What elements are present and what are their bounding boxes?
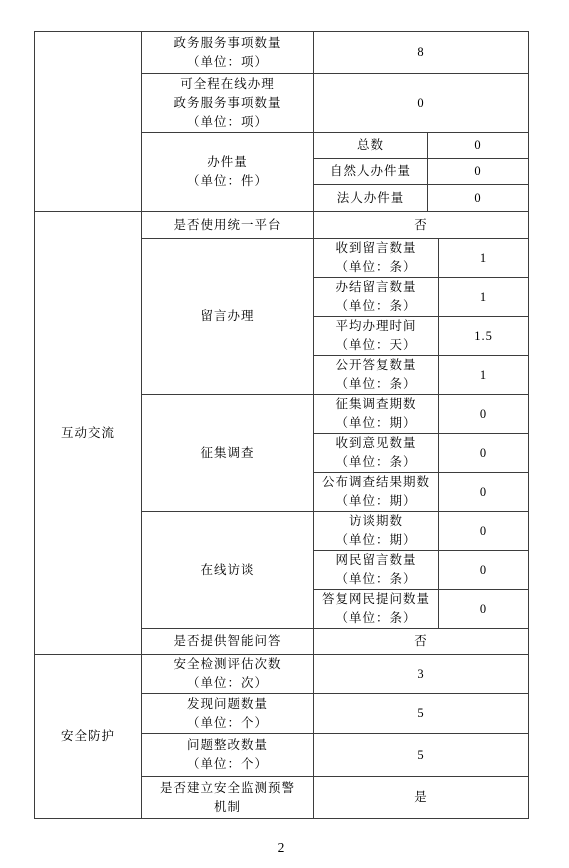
value-cell: 1 (439, 239, 529, 278)
sub-indicator-label-line: 收到留言数量 (314, 239, 438, 258)
category-cell (35, 32, 142, 212)
sub-indicator-label-line: （单位：条） (314, 258, 438, 277)
sub-indicator-label-line: （单位：期） (314, 531, 438, 550)
indicator-label-line: 征集调查 (142, 444, 313, 463)
value-cell: 1 (439, 278, 529, 317)
category-cell: 互动交流 (35, 212, 142, 655)
indicator-cell: 留言办理 (142, 239, 314, 395)
category-cell: 安全防护 (35, 655, 142, 819)
indicator-label-line: （单位：个） (142, 714, 313, 733)
value-cell: 0 (428, 185, 529, 212)
sub-indicator-label-line: 答复网民提问数量 (314, 590, 438, 609)
sub-indicator-cell: 公开答复数量 （单位：条） (314, 356, 439, 395)
value-cell: 1 (439, 356, 529, 395)
sub-indicator-cell: 公布调查结果期数 （单位：期） (314, 473, 439, 512)
sub-indicator-label-line: 公开答复数量 (314, 356, 438, 375)
indicator-label-line: 在线访谈 (142, 561, 313, 580)
value-cell: 0 (439, 551, 529, 590)
sub-indicator-label-line: （单位：条） (314, 375, 438, 394)
indicator-label-line: 发现问题数量 (142, 695, 313, 714)
value-cell: 5 (314, 694, 529, 734)
value-cell: 1.5 (439, 317, 529, 356)
value-cell: 0 (439, 590, 529, 629)
sub-indicator-label-line: 总数 (314, 136, 427, 155)
value-cell: 0 (439, 395, 529, 434)
sub-indicator-label-line: （单位：期） (314, 414, 438, 433)
indicator-cell: 安全检测评估次数 （单位：次） (142, 655, 314, 694)
indicator-label-line: 问题整改数量 (142, 736, 313, 755)
sub-indicator-cell: 收到留言数量 （单位：条） (314, 239, 439, 278)
sub-indicator-label-line: 平均办理时间 (314, 317, 438, 336)
indicator-label-line: 是否建立安全监测预警 (142, 779, 313, 798)
report-table: 政务服务事项数量 （单位：项） 8 可全程在线办理 政务服务事项数量 （单位：项… (34, 31, 529, 819)
category-label: 安全防护 (35, 727, 141, 746)
indicator-label-line: 留言办理 (142, 307, 313, 326)
sub-indicator-label-line: 收到意见数量 (314, 434, 438, 453)
indicator-label-line: 政务服务事项数量 (142, 34, 313, 53)
page-number: 2 (34, 840, 528, 856)
sub-indicator-cell: 总数 (314, 133, 428, 159)
sub-indicator-label-line: 征集调查期数 (314, 395, 438, 414)
indicator-label-line: （单位：次） (142, 674, 313, 693)
sub-indicator-label-line: （单位：条） (314, 570, 438, 589)
category-label: 互动交流 (35, 424, 141, 443)
sub-indicator-cell: 网民留言数量 （单位：条） (314, 551, 439, 590)
sub-indicator-label-line: （单位：期） (314, 492, 438, 511)
sub-indicator-label-line: 访谈期数 (314, 512, 438, 531)
table-row: 安全防护 安全检测评估次数 （单位：次） 3 (35, 655, 529, 694)
sub-indicator-label-line: （单位：条） (314, 297, 438, 316)
value-cell: 3 (314, 655, 529, 694)
value-cell: 否 (314, 212, 529, 239)
indicator-cell: 是否使用统一平台 (142, 212, 314, 239)
indicator-cell: 征集调查 (142, 395, 314, 512)
sub-indicator-label-line: 办结留言数量 (314, 278, 438, 297)
sub-indicator-cell: 平均办理时间 （单位：天） (314, 317, 439, 356)
value-cell: 8 (314, 32, 529, 74)
indicator-label-line: 可全程在线办理 (142, 75, 313, 94)
sub-indicator-label-line: （单位：天） (314, 336, 438, 355)
value-cell: 否 (314, 629, 529, 655)
value-cell: 0 (314, 74, 529, 133)
value-cell: 0 (439, 512, 529, 551)
indicator-cell: 发现问题数量 （单位：个） (142, 694, 314, 734)
sub-indicator-label-line: （单位：条） (314, 453, 438, 472)
sub-indicator-cell: 办结留言数量 （单位：条） (314, 278, 439, 317)
value-cell: 5 (314, 734, 529, 777)
value-cell: 0 (439, 473, 529, 512)
indicator-label-line: （单位：项） (142, 53, 313, 72)
indicator-cell: 是否提供智能问答 (142, 629, 314, 655)
sub-indicator-cell: 自然人办件量 (314, 159, 428, 185)
indicator-cell: 办件量 （单位：件） (142, 133, 314, 212)
sub-indicator-label-line: （单位：条） (314, 609, 438, 628)
value-cell: 0 (428, 159, 529, 185)
sub-indicator-cell: 答复网民提问数量 （单位：条） (314, 590, 439, 629)
document-page: 政务服务事项数量 （单位：项） 8 可全程在线办理 政务服务事项数量 （单位：项… (0, 0, 569, 868)
indicator-label-line: （单位：个） (142, 755, 313, 774)
sub-indicator-cell: 征集调查期数 （单位：期） (314, 395, 439, 434)
indicator-label-line: 机制 (142, 798, 313, 817)
indicator-label-line: 办件量 (142, 153, 313, 172)
table-row: 互动交流 是否使用统一平台 否 (35, 212, 529, 239)
table-row: 政务服务事项数量 （单位：项） 8 (35, 32, 529, 74)
sub-indicator-cell: 法人办件量 (314, 185, 428, 212)
indicator-label-line: （单位：件） (142, 172, 313, 191)
sub-indicator-cell: 收到意见数量 （单位：条） (314, 434, 439, 473)
indicator-label-line: 政务服务事项数量 (142, 94, 313, 113)
sub-indicator-label-line: 法人办件量 (314, 189, 427, 208)
indicator-label-line: 是否使用统一平台 (142, 216, 313, 235)
sub-indicator-label-line: 自然人办件量 (314, 162, 427, 181)
indicator-cell: 政务服务事项数量 （单位：项） (142, 32, 314, 74)
sub-indicator-cell: 访谈期数 （单位：期） (314, 512, 439, 551)
sub-indicator-label-line: 网民留言数量 (314, 551, 438, 570)
indicator-cell: 在线访谈 (142, 512, 314, 629)
indicator-cell: 可全程在线办理 政务服务事项数量 （单位：项） (142, 74, 314, 133)
indicator-cell: 问题整改数量 （单位：个） (142, 734, 314, 777)
value-cell: 0 (439, 434, 529, 473)
indicator-label-line: 安全检测评估次数 (142, 655, 313, 674)
value-cell: 是 (314, 777, 529, 819)
sub-indicator-label-line: 公布调查结果期数 (314, 473, 438, 492)
indicator-label-line: （单位：项） (142, 113, 313, 132)
indicator-cell: 是否建立安全监测预警 机制 (142, 777, 314, 819)
value-cell: 0 (428, 133, 529, 159)
indicator-label-line: 是否提供智能问答 (142, 632, 313, 651)
